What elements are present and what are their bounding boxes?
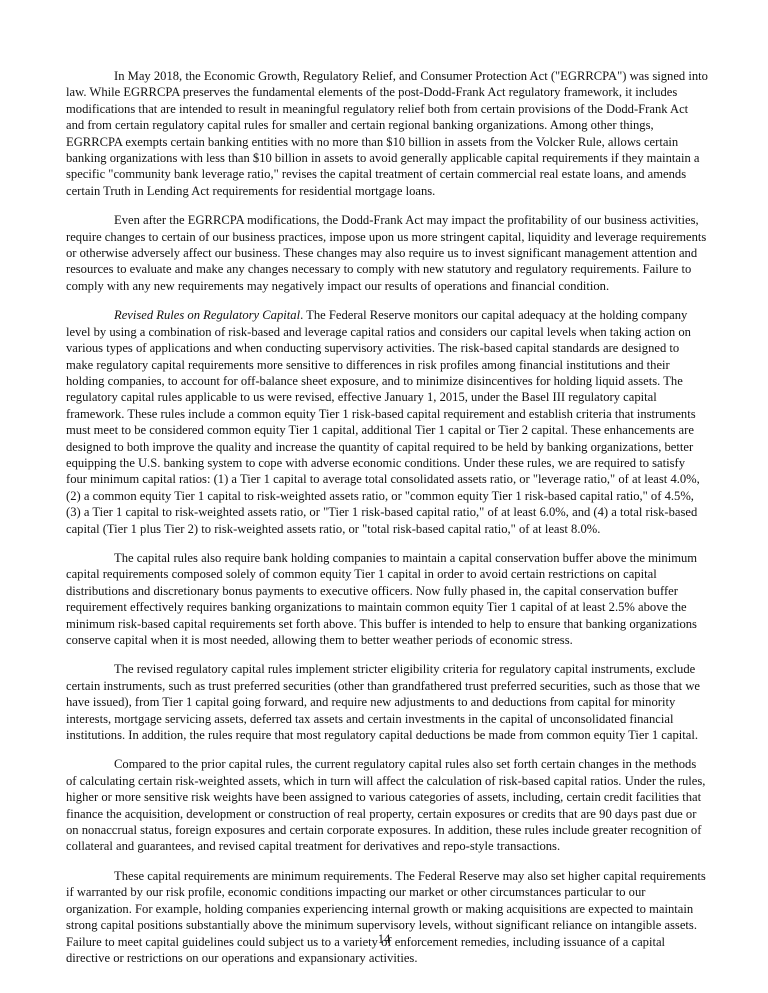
paragraph-text: Compared to the prior capital rules, the… [66, 757, 705, 853]
section-heading-revised-rules: Revised Rules on Regulatory Capital [114, 308, 300, 322]
paragraph-conservation-buffer: The capital rules also require bank hold… [66, 550, 708, 648]
paragraph-text: . The Federal Reserve monitors our capit… [66, 308, 700, 535]
paragraph-dodd-frank-impact: Even after the EGRRCPA modifications, th… [66, 212, 708, 294]
paragraph-text: The revised regulatory capital rules imp… [66, 662, 700, 742]
paragraph-egrrcpa-intro: In May 2018, the Economic Growth, Regula… [66, 68, 708, 199]
paragraph-minimum-requirements: These capital requirements are minimum r… [66, 868, 708, 966]
paragraph-eligibility-criteria: The revised regulatory capital rules imp… [66, 661, 708, 743]
paragraph-text: These capital requirements are minimum r… [66, 869, 706, 965]
paragraph-text: The capital rules also require bank hold… [66, 551, 697, 647]
page-number: 14 [0, 932, 768, 947]
paragraph-revised-rules-capital: Revised Rules on Regulatory Capital. The… [66, 307, 708, 537]
paragraph-text: In May 2018, the Economic Growth, Regula… [66, 69, 708, 198]
document-page: In May 2018, the Economic Growth, Regula… [66, 68, 708, 979]
paragraph-text: Even after the EGRRCPA modifications, th… [66, 213, 706, 293]
paragraph-risk-weighted-assets: Compared to the prior capital rules, the… [66, 756, 708, 854]
